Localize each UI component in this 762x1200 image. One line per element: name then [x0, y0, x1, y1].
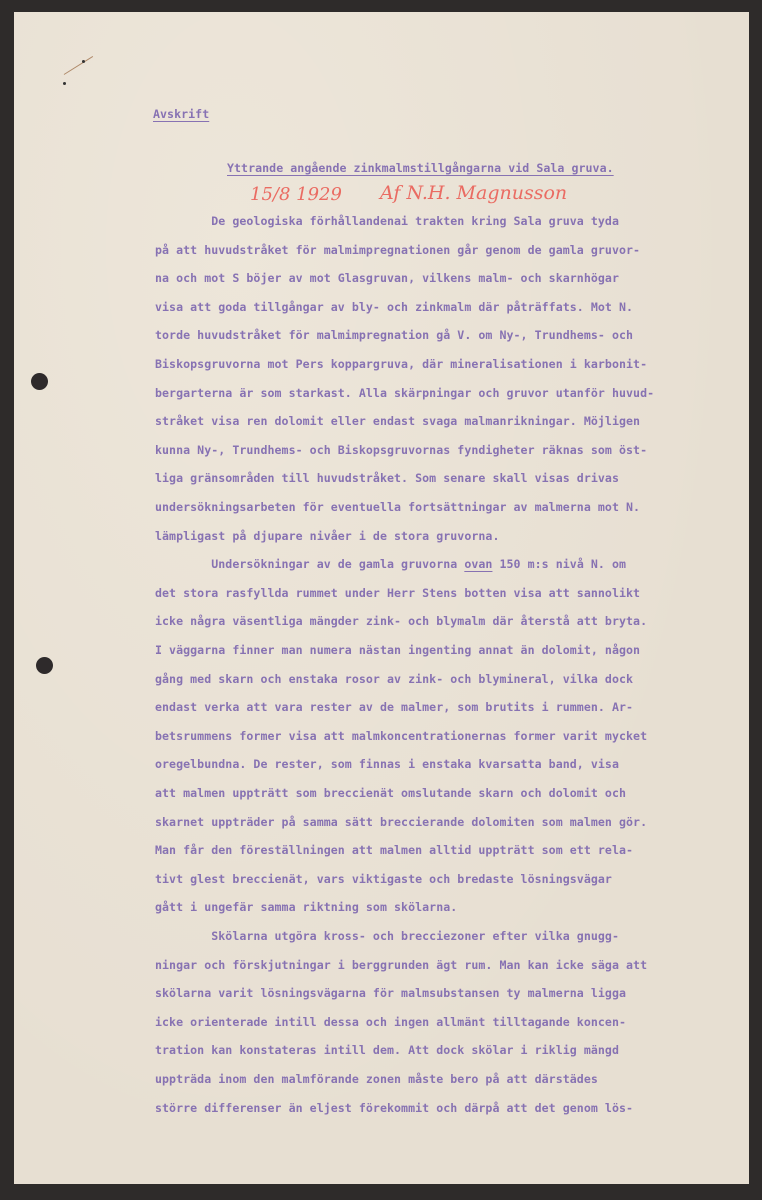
body-line: torde huvudstråket för malmimpregnation …	[155, 328, 633, 342]
body-line: undersökningsarbeten för eventuella fort…	[155, 500, 640, 514]
body-line: uppträda inom den malmförande zonen måst…	[155, 1072, 598, 1086]
pencil-dot	[82, 60, 85, 63]
body-line: oregelbundna. De rester, som finnas i en…	[155, 757, 619, 771]
body-line: Undersökningar av de gamla gruvorna ovan…	[155, 557, 626, 571]
body-line: visa att goda tillgångar av bly- och zin…	[155, 300, 633, 314]
body-line: betsrummens former visa att malmkoncentr…	[155, 729, 647, 743]
body-line: skölarna varit lösningsvägarna för malms…	[155, 986, 626, 1000]
body-line: det stora rasfyllda rummet under Herr St…	[155, 586, 640, 600]
handwritten-author: Af N.H. Magnusson	[380, 182, 567, 204]
body-line: endast verka att vara rester av de malme…	[155, 700, 633, 714]
body-line: Biskopsgruvorna mot Pers koppargruva, dä…	[155, 357, 647, 371]
document-title: Yttrande angående zinkmalmstillgångarna …	[227, 161, 614, 175]
body-line: Man får den föreställningen att malmen a…	[155, 843, 633, 857]
body-line: na och mot S böjer av mot Glasgruvan, vi…	[155, 271, 619, 285]
body-line: lämpligast på djupare nivåer i de stora …	[155, 529, 499, 543]
body-line: Skölarna utgöra kross- och brecciezoner …	[155, 929, 619, 943]
body-line: I väggarna finner man numera nästan inge…	[155, 643, 640, 657]
body-line: liga gränsområden till huvudstråket. Som…	[155, 471, 619, 485]
body-line: icke orienterade intill dessa och ingen …	[155, 1015, 626, 1029]
body-line: gått i ungefär samma riktning som skölar…	[155, 900, 457, 914]
body-line: tivt glest breccienät, vars viktigaste o…	[155, 872, 612, 886]
punch-hole-bottom	[36, 657, 53, 674]
pencil-dot	[63, 82, 66, 85]
handwritten-date: 15/8 1929	[250, 184, 342, 205]
body-line: på att huvudstråket för malmimpregnation…	[155, 243, 640, 257]
heading-avskrift: Avskrift	[153, 107, 209, 121]
body-line: kunna Ny-, Trundhems- och Biskopsgruvorn…	[155, 443, 647, 457]
body-line: större differenser än eljest förekommit …	[155, 1101, 633, 1115]
punch-hole-top	[31, 373, 48, 390]
body-line: gång med skarn och enstaka rosor av zink…	[155, 672, 633, 686]
body-line: De geologiska förhållandenai trakten kri…	[155, 214, 619, 228]
body-line: att malmen uppträtt som breccienät omslu…	[155, 786, 626, 800]
body-line: icke några väsentliga mängder zink- och …	[155, 614, 647, 628]
body-line: stråket visa ren dolomit eller endast sv…	[155, 414, 640, 428]
body-line: skarnet uppträder på samma sätt breccier…	[155, 815, 647, 829]
body-line: tration kan konstateras intill dem. Att …	[155, 1043, 619, 1057]
body-line: ningar och förskjutningar i berggrunden …	[155, 958, 647, 972]
pencil-mark	[64, 56, 93, 75]
body-line: bergarterna är som starkast. Alla skärpn…	[155, 386, 654, 400]
